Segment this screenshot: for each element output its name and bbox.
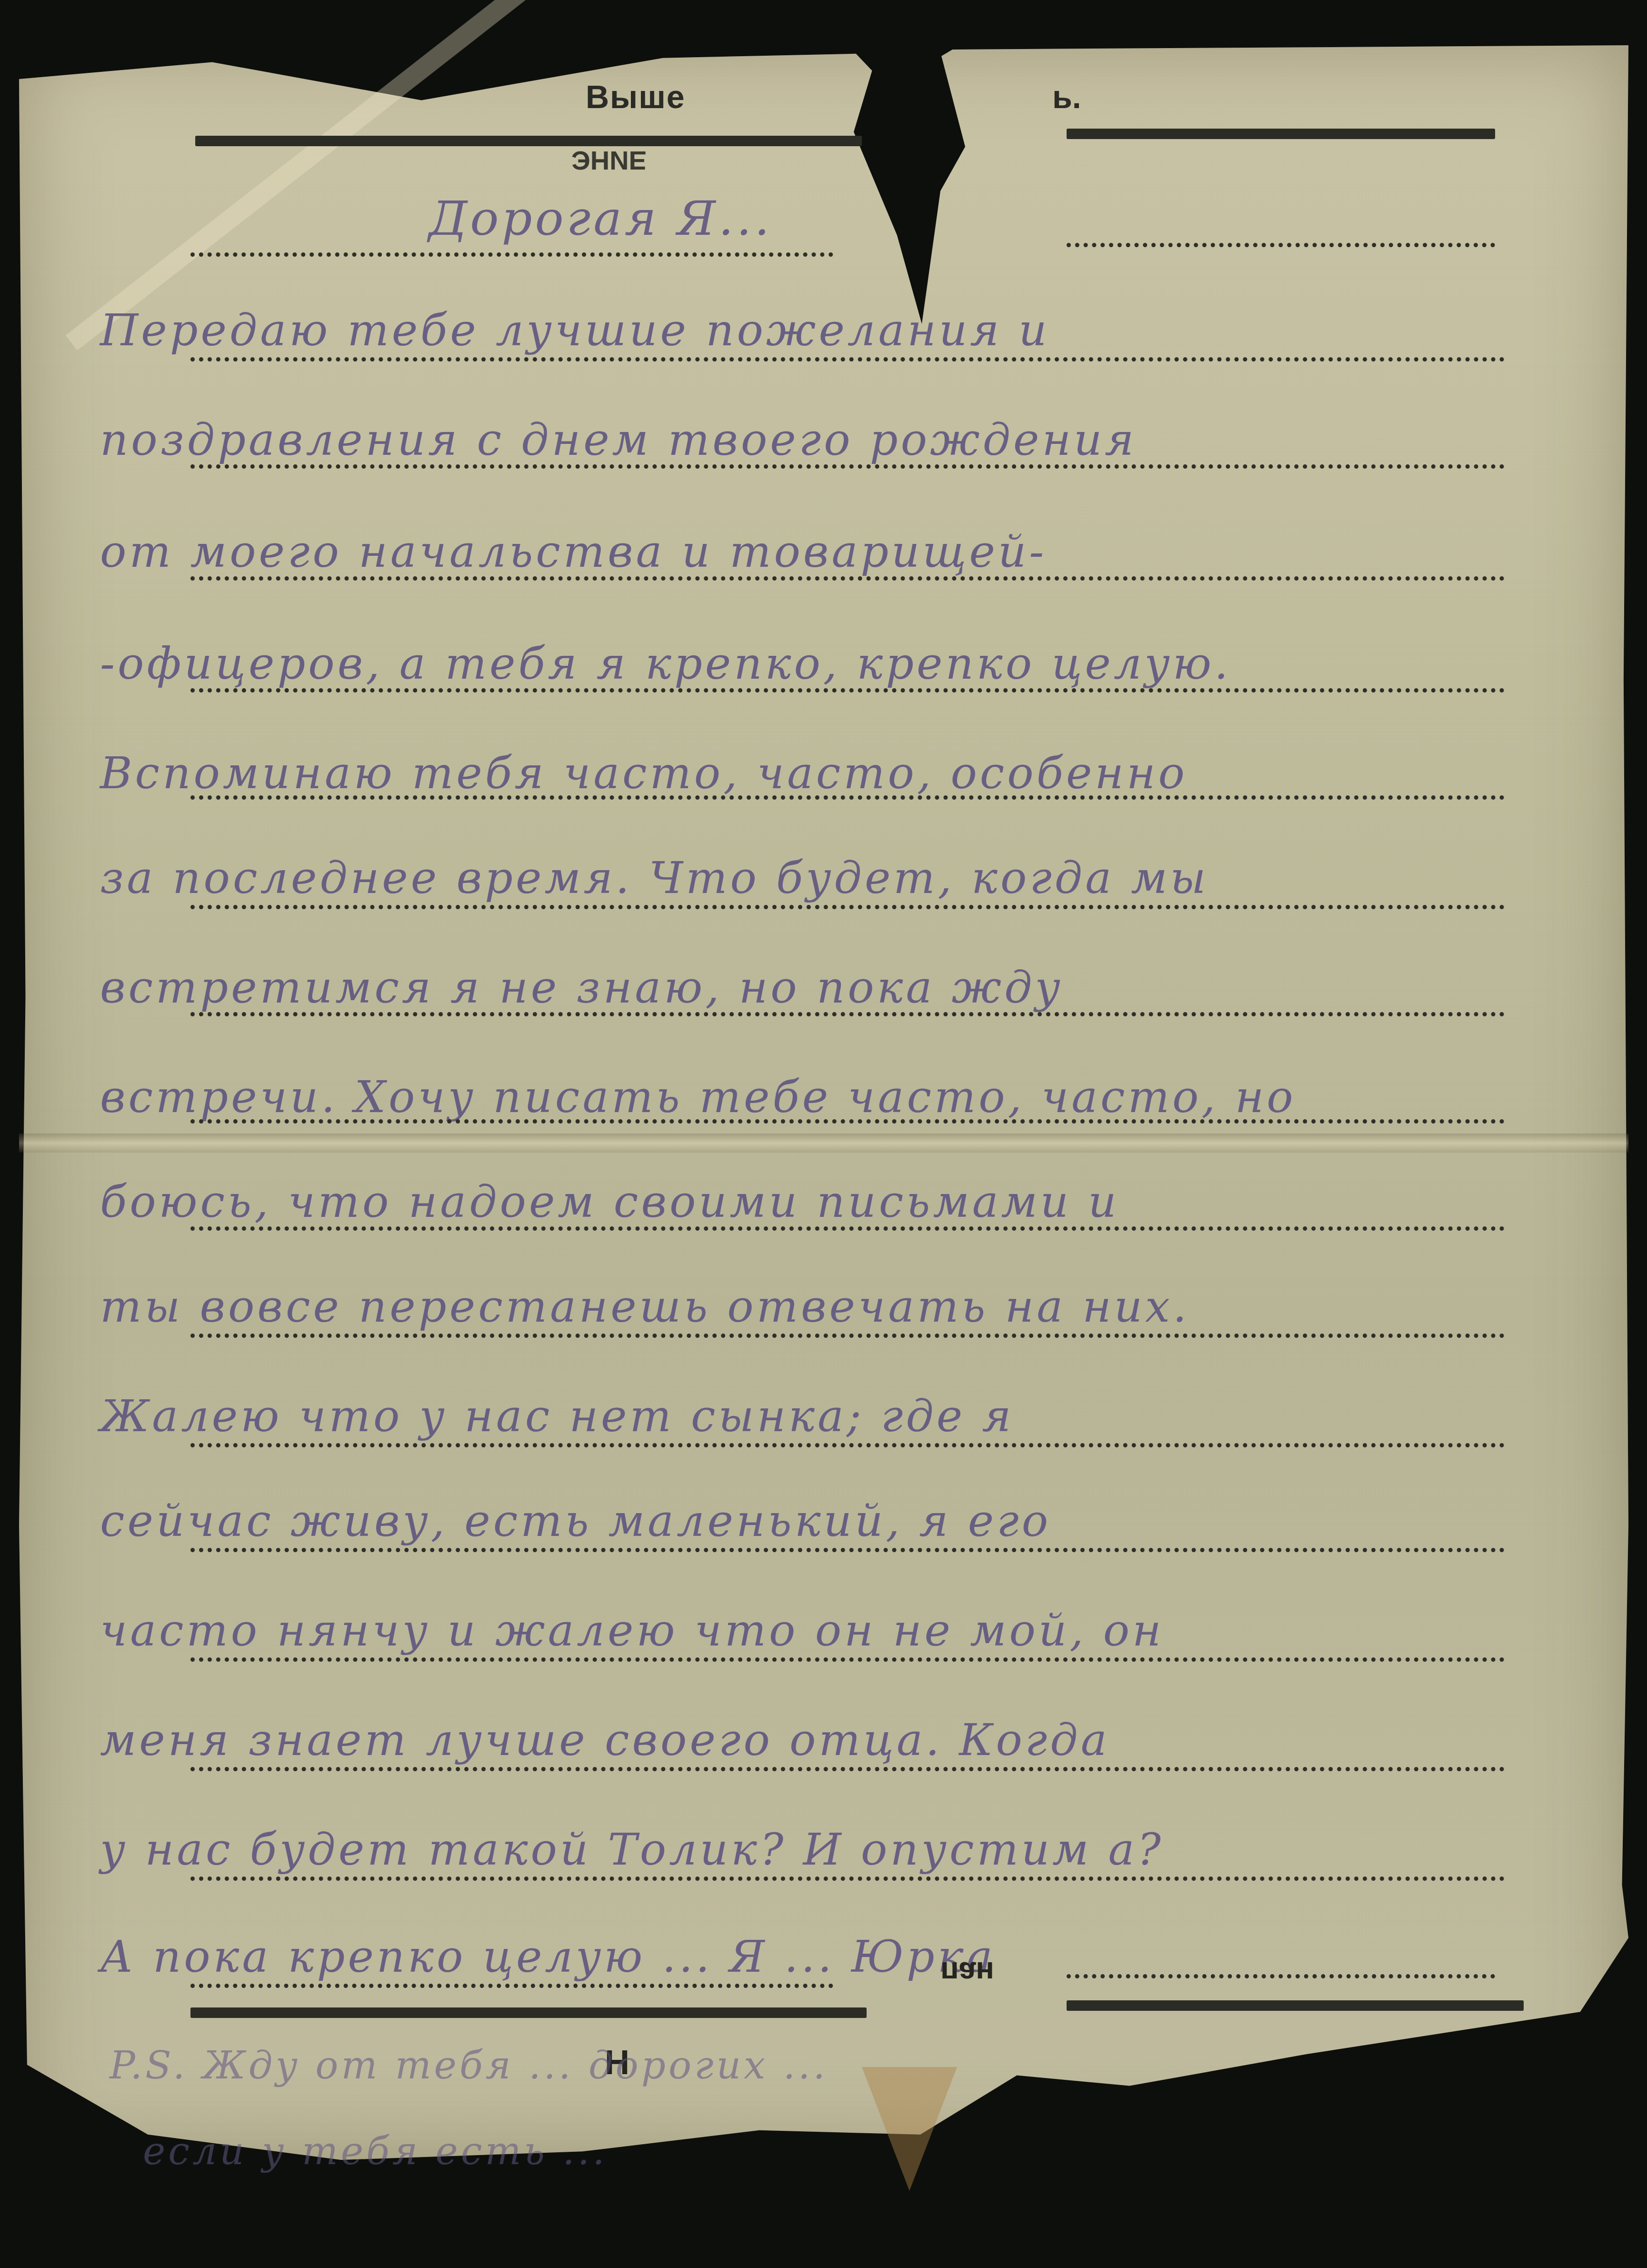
letter-line: сейчас живу, есть маленький, я его (100, 1495, 1051, 1546)
letter-line: встретимся я не знаю, но пока жду (100, 962, 1063, 1013)
letter-line: встречи. Хочу писать тебе часто, часто, … (100, 1072, 1296, 1123)
ruled-line (190, 1012, 1505, 1016)
letter-line: боюсь, что надоем своими письмами и (100, 1176, 1119, 1227)
printed-header-left: Выше (586, 79, 686, 116)
letter-line: меня знает лучше своего отца. Когда (100, 1715, 1109, 1766)
ruled-line (190, 464, 1505, 469)
letter-line: часто нянчу и жалею что он не мой, он (100, 1605, 1164, 1656)
printed-subtitle-mirrored: ЭНИЕ (571, 145, 647, 176)
letter-line: Передаю тебе лучшие пожелания и (100, 305, 1050, 356)
letter-line: ты вовсе перестанешь отвечать на них. (100, 1281, 1189, 1332)
ruled-line (1067, 243, 1495, 247)
ruled-line (190, 688, 1505, 692)
ruled-line (190, 357, 1505, 361)
salutation: Дорогая Я... (429, 191, 772, 246)
ruled-line (190, 1657, 1505, 1662)
letter-line: Вспоминаю тебя часто, часто, особенно (100, 748, 1188, 799)
postscript-line: P.S. Жду от тебя ... дорогих ... (110, 2043, 828, 2087)
ruled-line (190, 1334, 1505, 1338)
header-rule-right (1067, 129, 1495, 139)
ruled-line (190, 1548, 1505, 1552)
ruled-line (1067, 1974, 1495, 1978)
footer-rule-right (1067, 2000, 1524, 2011)
ruled-line (190, 1767, 1505, 1771)
postscript-line: если у тебя есть ... (143, 2129, 608, 2173)
printed-header-right: ь. (1052, 79, 1081, 116)
letter-line: -офицеров, а тебя я крепко, крепко целую… (100, 638, 1231, 689)
ruled-line (190, 1226, 1505, 1231)
letter-line: Жалею что у нас нет сынка; где я (100, 1391, 1014, 1442)
letter-line: поздравления с днем твоего рождения (100, 414, 1137, 465)
ruled-line (190, 252, 833, 257)
ruled-line (190, 1119, 1505, 1124)
paper-fold-horizontal (19, 1134, 1628, 1153)
ruled-line (190, 795, 1505, 800)
letter-line: от моего начальства и товарищей- (100, 526, 1047, 577)
letter-closing-line: А пока крепко целую ... Я ... Юрка (100, 1931, 995, 1982)
footer-rule-left (190, 2007, 867, 2018)
printed-footer-fragment: пан (940, 1955, 994, 1990)
header-rule-left (195, 136, 862, 146)
ruled-line (190, 1984, 833, 1988)
letter-line: у нас будет такой Толик? И опустим а? (100, 1824, 1164, 1875)
ruled-line (190, 576, 1505, 581)
ruled-line (190, 905, 1505, 909)
letter-line: за последнее время. Что будет, когда мы (100, 853, 1208, 903)
ruled-line (190, 1443, 1505, 1447)
ruled-line (190, 1877, 1505, 1881)
